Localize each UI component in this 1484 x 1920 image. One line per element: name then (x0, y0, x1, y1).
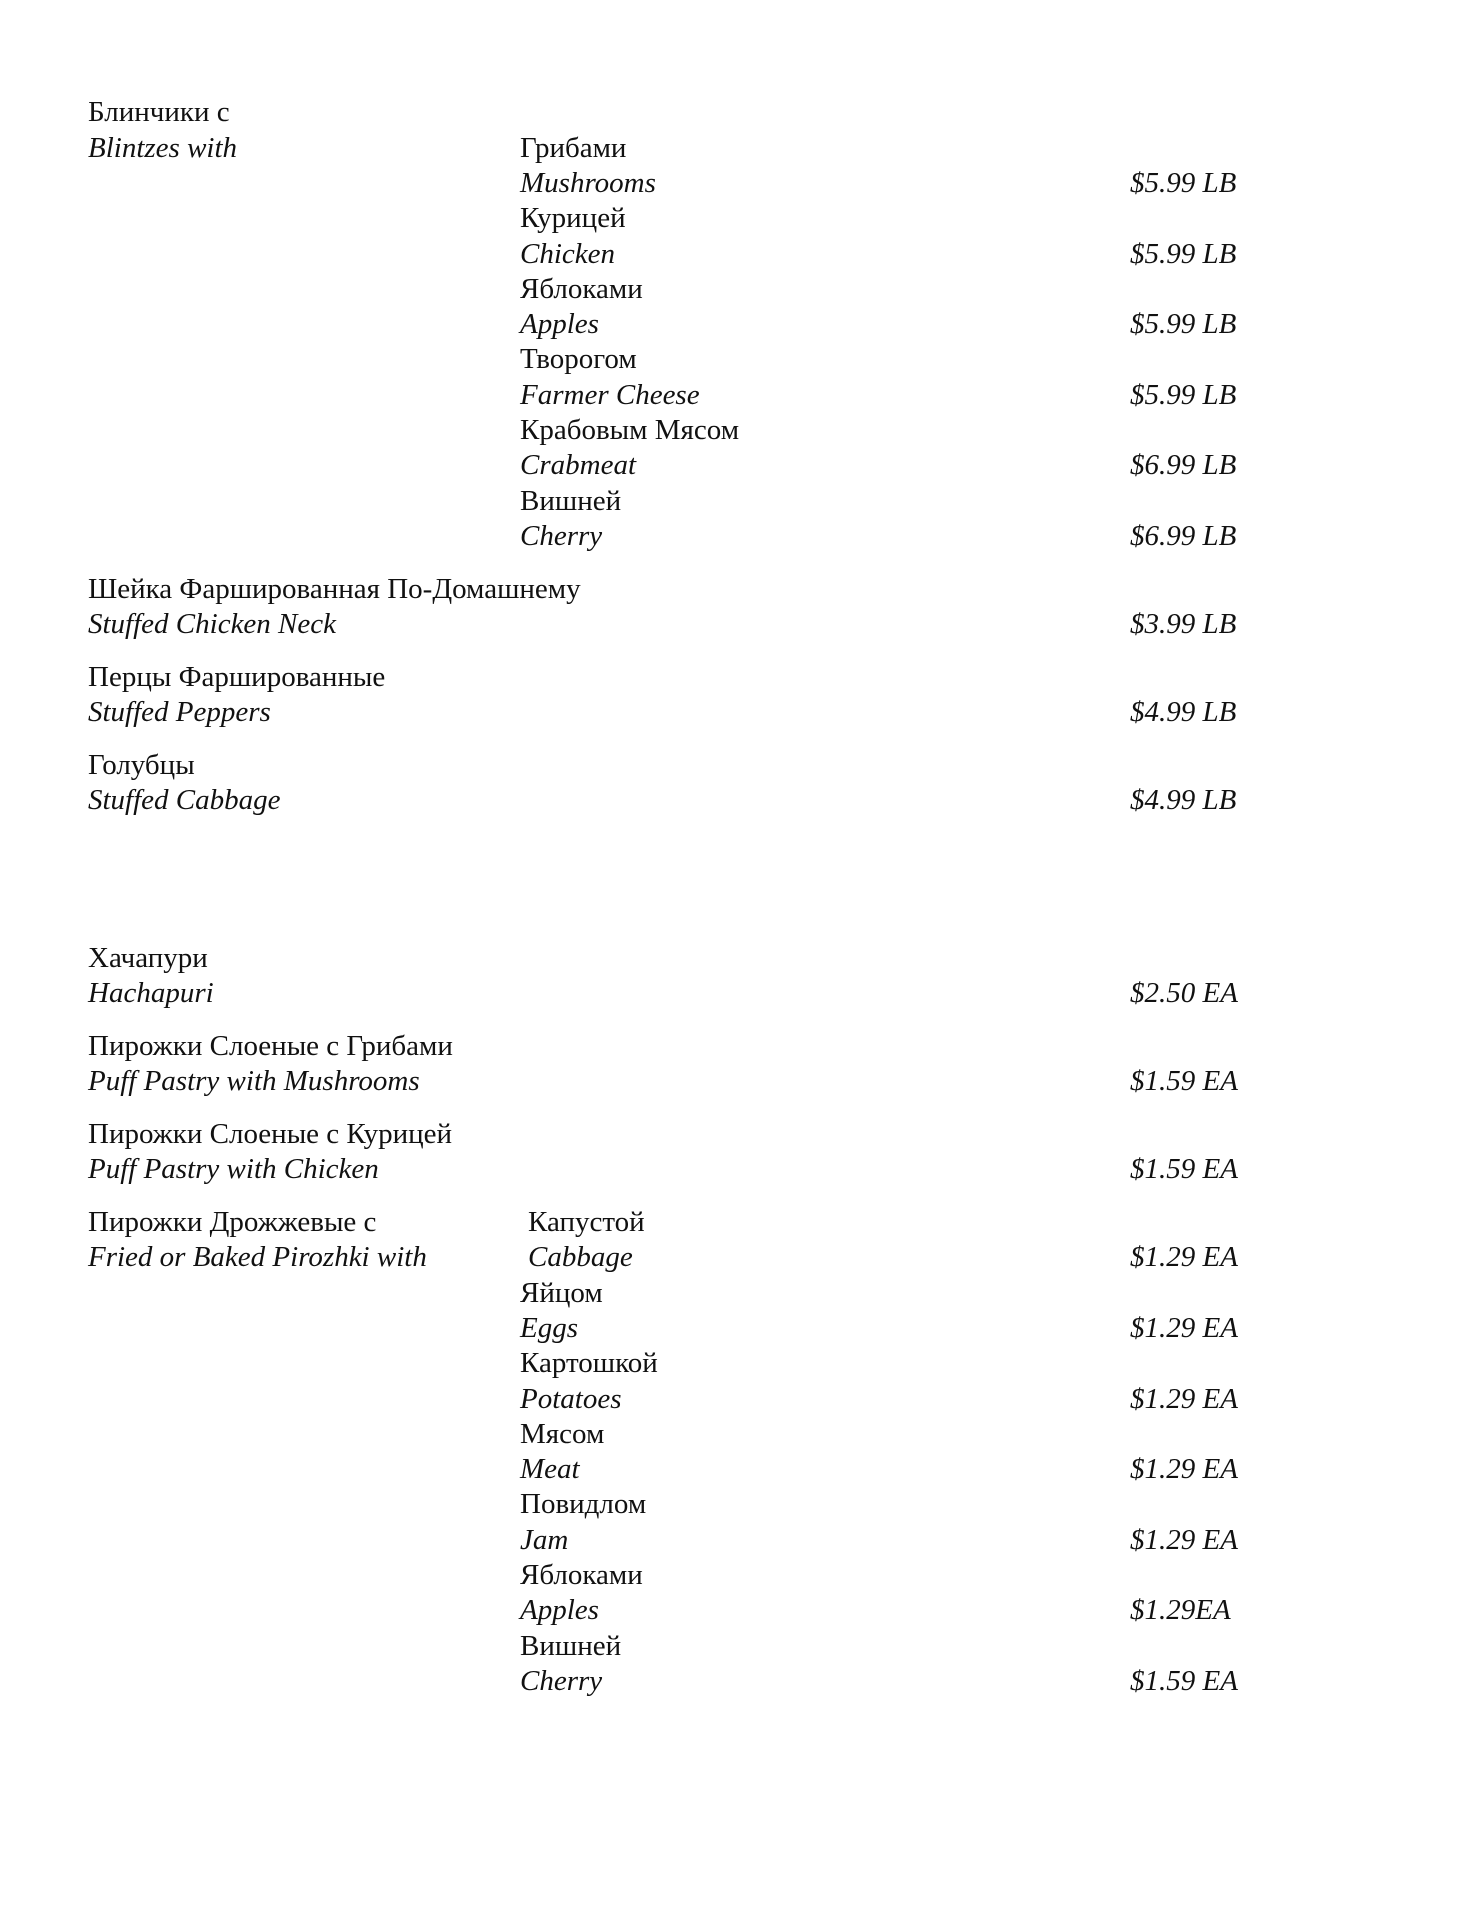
price: $1.29 EA (1130, 1452, 1238, 1487)
filling-ru: Яблоками (520, 1558, 643, 1593)
price: $6.99 LB (1130, 448, 1236, 483)
filling-en: Mushrooms (520, 166, 656, 201)
filling-en: Crabmeat (520, 448, 636, 483)
item-title-en: Puff Pastry with Mushrooms (88, 1064, 420, 1099)
item-title-en: Stuffed Cabbage (88, 783, 281, 818)
filling-en: Farmer Cheese (520, 378, 700, 413)
item-title-ru: Пирожки Слоеные с Курицей (88, 1117, 452, 1152)
filling-ru: Крабовым Мясом (520, 413, 739, 448)
filling-en: Apples (520, 307, 599, 342)
filling-ru: Вишней (520, 1629, 621, 1664)
item-title-ru: Голубцы (88, 748, 195, 783)
price: $1.29EA (1130, 1593, 1231, 1628)
filling-en: Apples (520, 1593, 599, 1628)
filling-ru: Яйцом (520, 1276, 603, 1311)
price: $1.59 EA (1130, 1664, 1238, 1699)
price: $4.99 LB (1130, 695, 1236, 730)
item-title-ru: Перцы Фаршированные (88, 660, 385, 695)
item-title-ru: Пирожки Дрожжевые с (88, 1205, 376, 1240)
filling-en: Chicken (520, 237, 615, 272)
filling-en: Jam (520, 1523, 568, 1558)
filling-ru: Курицей (520, 201, 626, 236)
item-title-en: Hachapuri (88, 976, 214, 1011)
item-title-en: Stuffed Peppers (88, 695, 271, 730)
filling-en: Potatoes (520, 1382, 622, 1417)
filling-en: Cherry (520, 519, 602, 554)
filling-ru: Капустой (528, 1205, 645, 1240)
item-title-en: Blintzes with (88, 131, 237, 166)
price: $5.99 LB (1130, 166, 1236, 201)
price: $1.29 EA (1130, 1311, 1238, 1346)
item-title-ru: Шейка Фаршированная По-Домашнему (88, 572, 581, 607)
item-title-ru: Пирожки Слоеные с Грибами (88, 1029, 453, 1064)
price: $4.99 LB (1130, 783, 1236, 818)
filling-ru: Картошкой (520, 1346, 658, 1381)
filling-en: Meat (520, 1452, 580, 1487)
price: $1.29 EA (1130, 1382, 1238, 1417)
filling-ru: Повидлом (520, 1487, 646, 1522)
filling-ru: Мясом (520, 1417, 604, 1452)
filling-en: Cherry (520, 1664, 602, 1699)
item-title-ru: Блинчики с (88, 95, 230, 130)
item-title-ru: Хачапури (88, 941, 208, 976)
price: $1.29 EA (1130, 1523, 1238, 1558)
price: $6.99 LB (1130, 519, 1236, 554)
item-title-en: Puff Pastry with Chicken (88, 1152, 379, 1187)
filling-ru: Яблоками (520, 272, 643, 307)
filling-ru: Грибами (520, 131, 626, 166)
price: $2.50 EA (1130, 976, 1238, 1011)
item-title-en: Stuffed Chicken Neck (88, 607, 336, 642)
price: $1.59 EA (1130, 1152, 1238, 1187)
price: $5.99 LB (1130, 237, 1236, 272)
filling-en: Eggs (520, 1311, 578, 1346)
filling-ru: Вишней (520, 484, 621, 519)
price: $3.99 LB (1130, 607, 1236, 642)
price: $5.99 LB (1130, 307, 1236, 342)
filling-ru: Творогом (520, 342, 637, 377)
price: $5.99 LB (1130, 378, 1236, 413)
price: $1.59 EA (1130, 1064, 1238, 1099)
filling-en: Cabbage (528, 1240, 633, 1275)
item-title-en: Fried or Baked Pirozhki with (88, 1240, 427, 1275)
price: $1.29 EA (1130, 1240, 1238, 1275)
